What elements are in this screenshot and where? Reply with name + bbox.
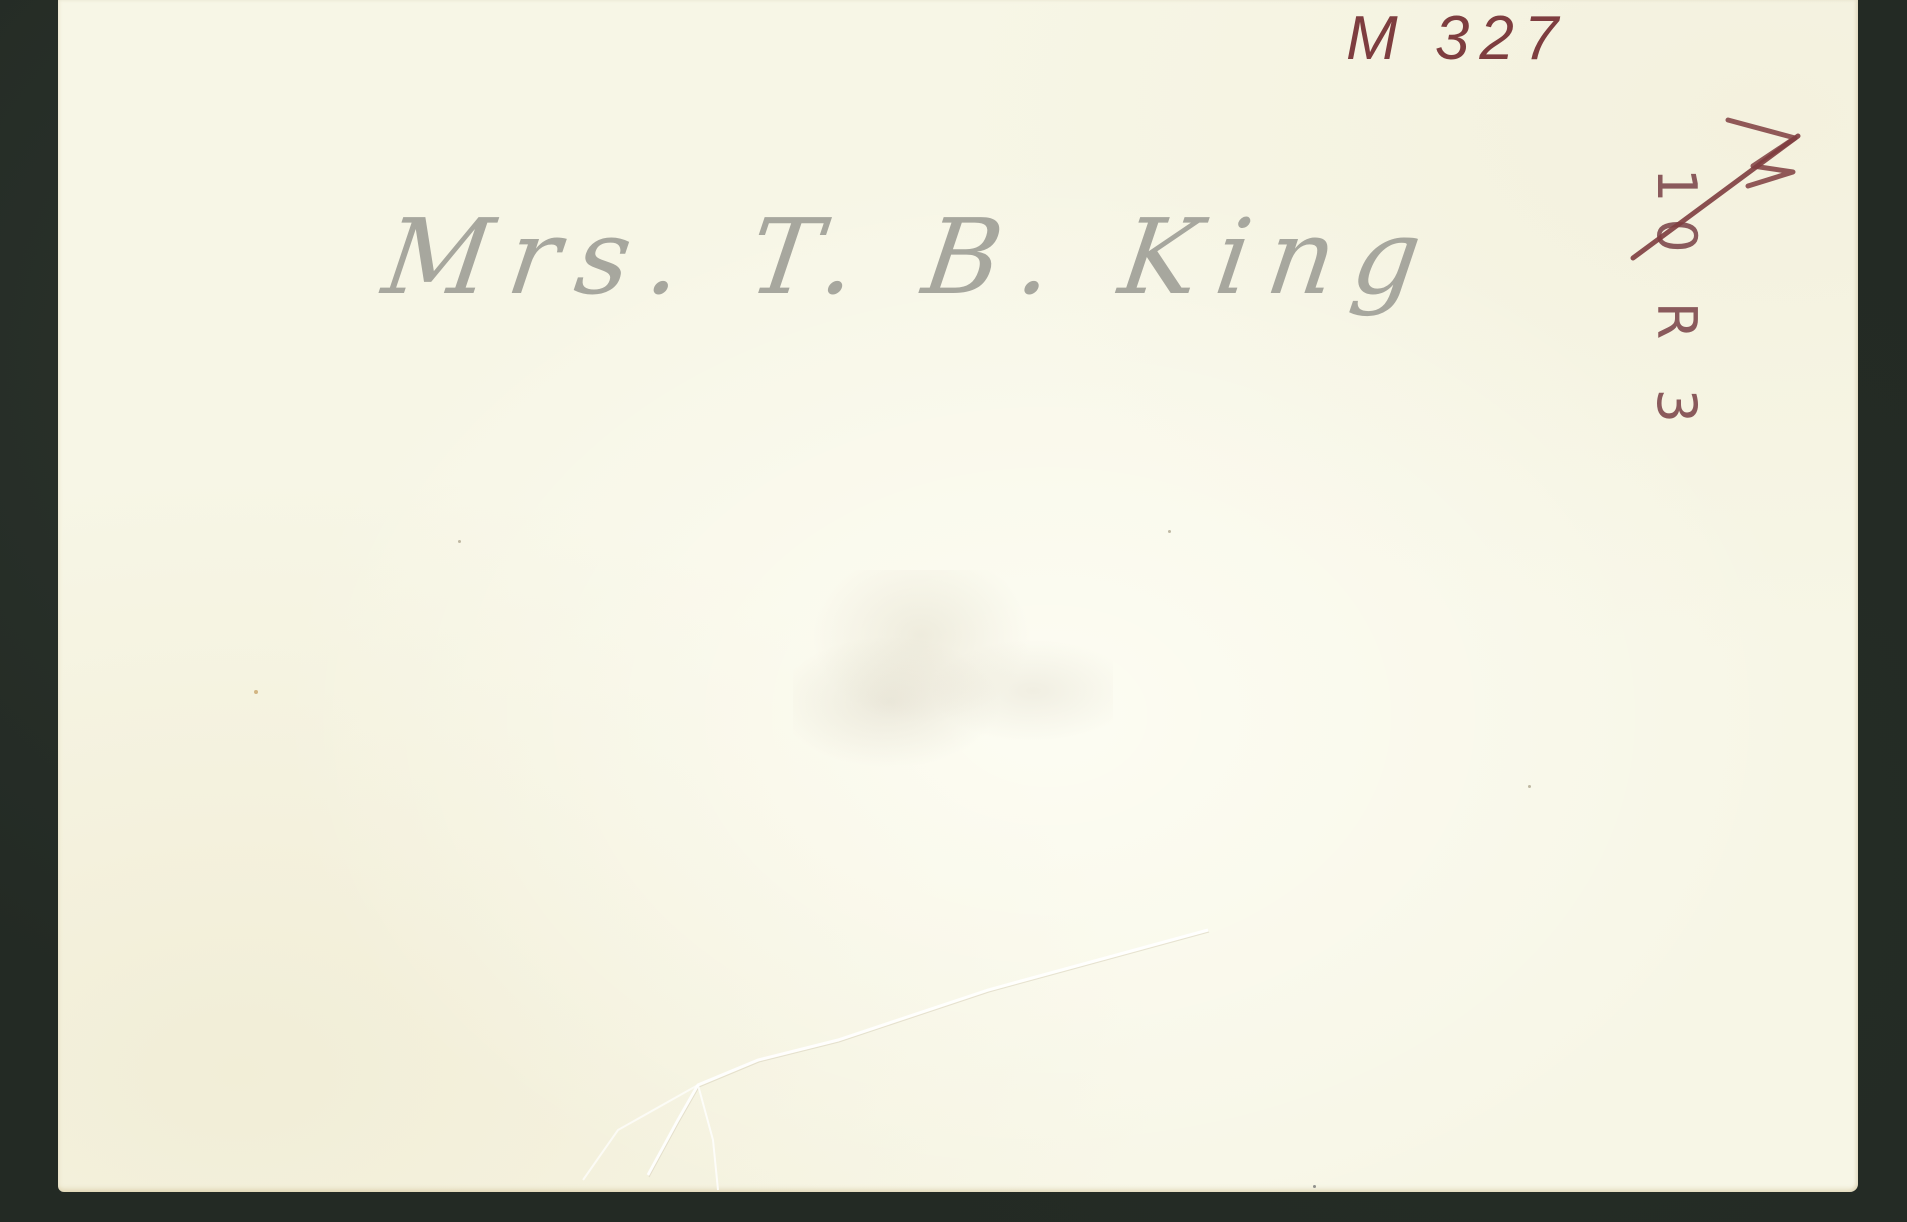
paper-speck [1528,785,1531,788]
strikethrough-mark-icon [1613,108,1813,298]
faint-show-through-smudge [793,570,1113,790]
paper-speck [458,540,461,543]
paper-speck [1168,530,1171,533]
rotated-code-inscription: 10 R 3 [1613,108,1813,298]
photo-card-back: Mrs. T. B. King M 327 10 R 3 [58,0,1858,1192]
catalog-number-inscription: M 327 [1346,8,1568,70]
paper-speck [254,690,258,694]
paper-speck [1313,1185,1316,1188]
subject-name-inscription: Mrs. T. B. King [378,205,1446,309]
